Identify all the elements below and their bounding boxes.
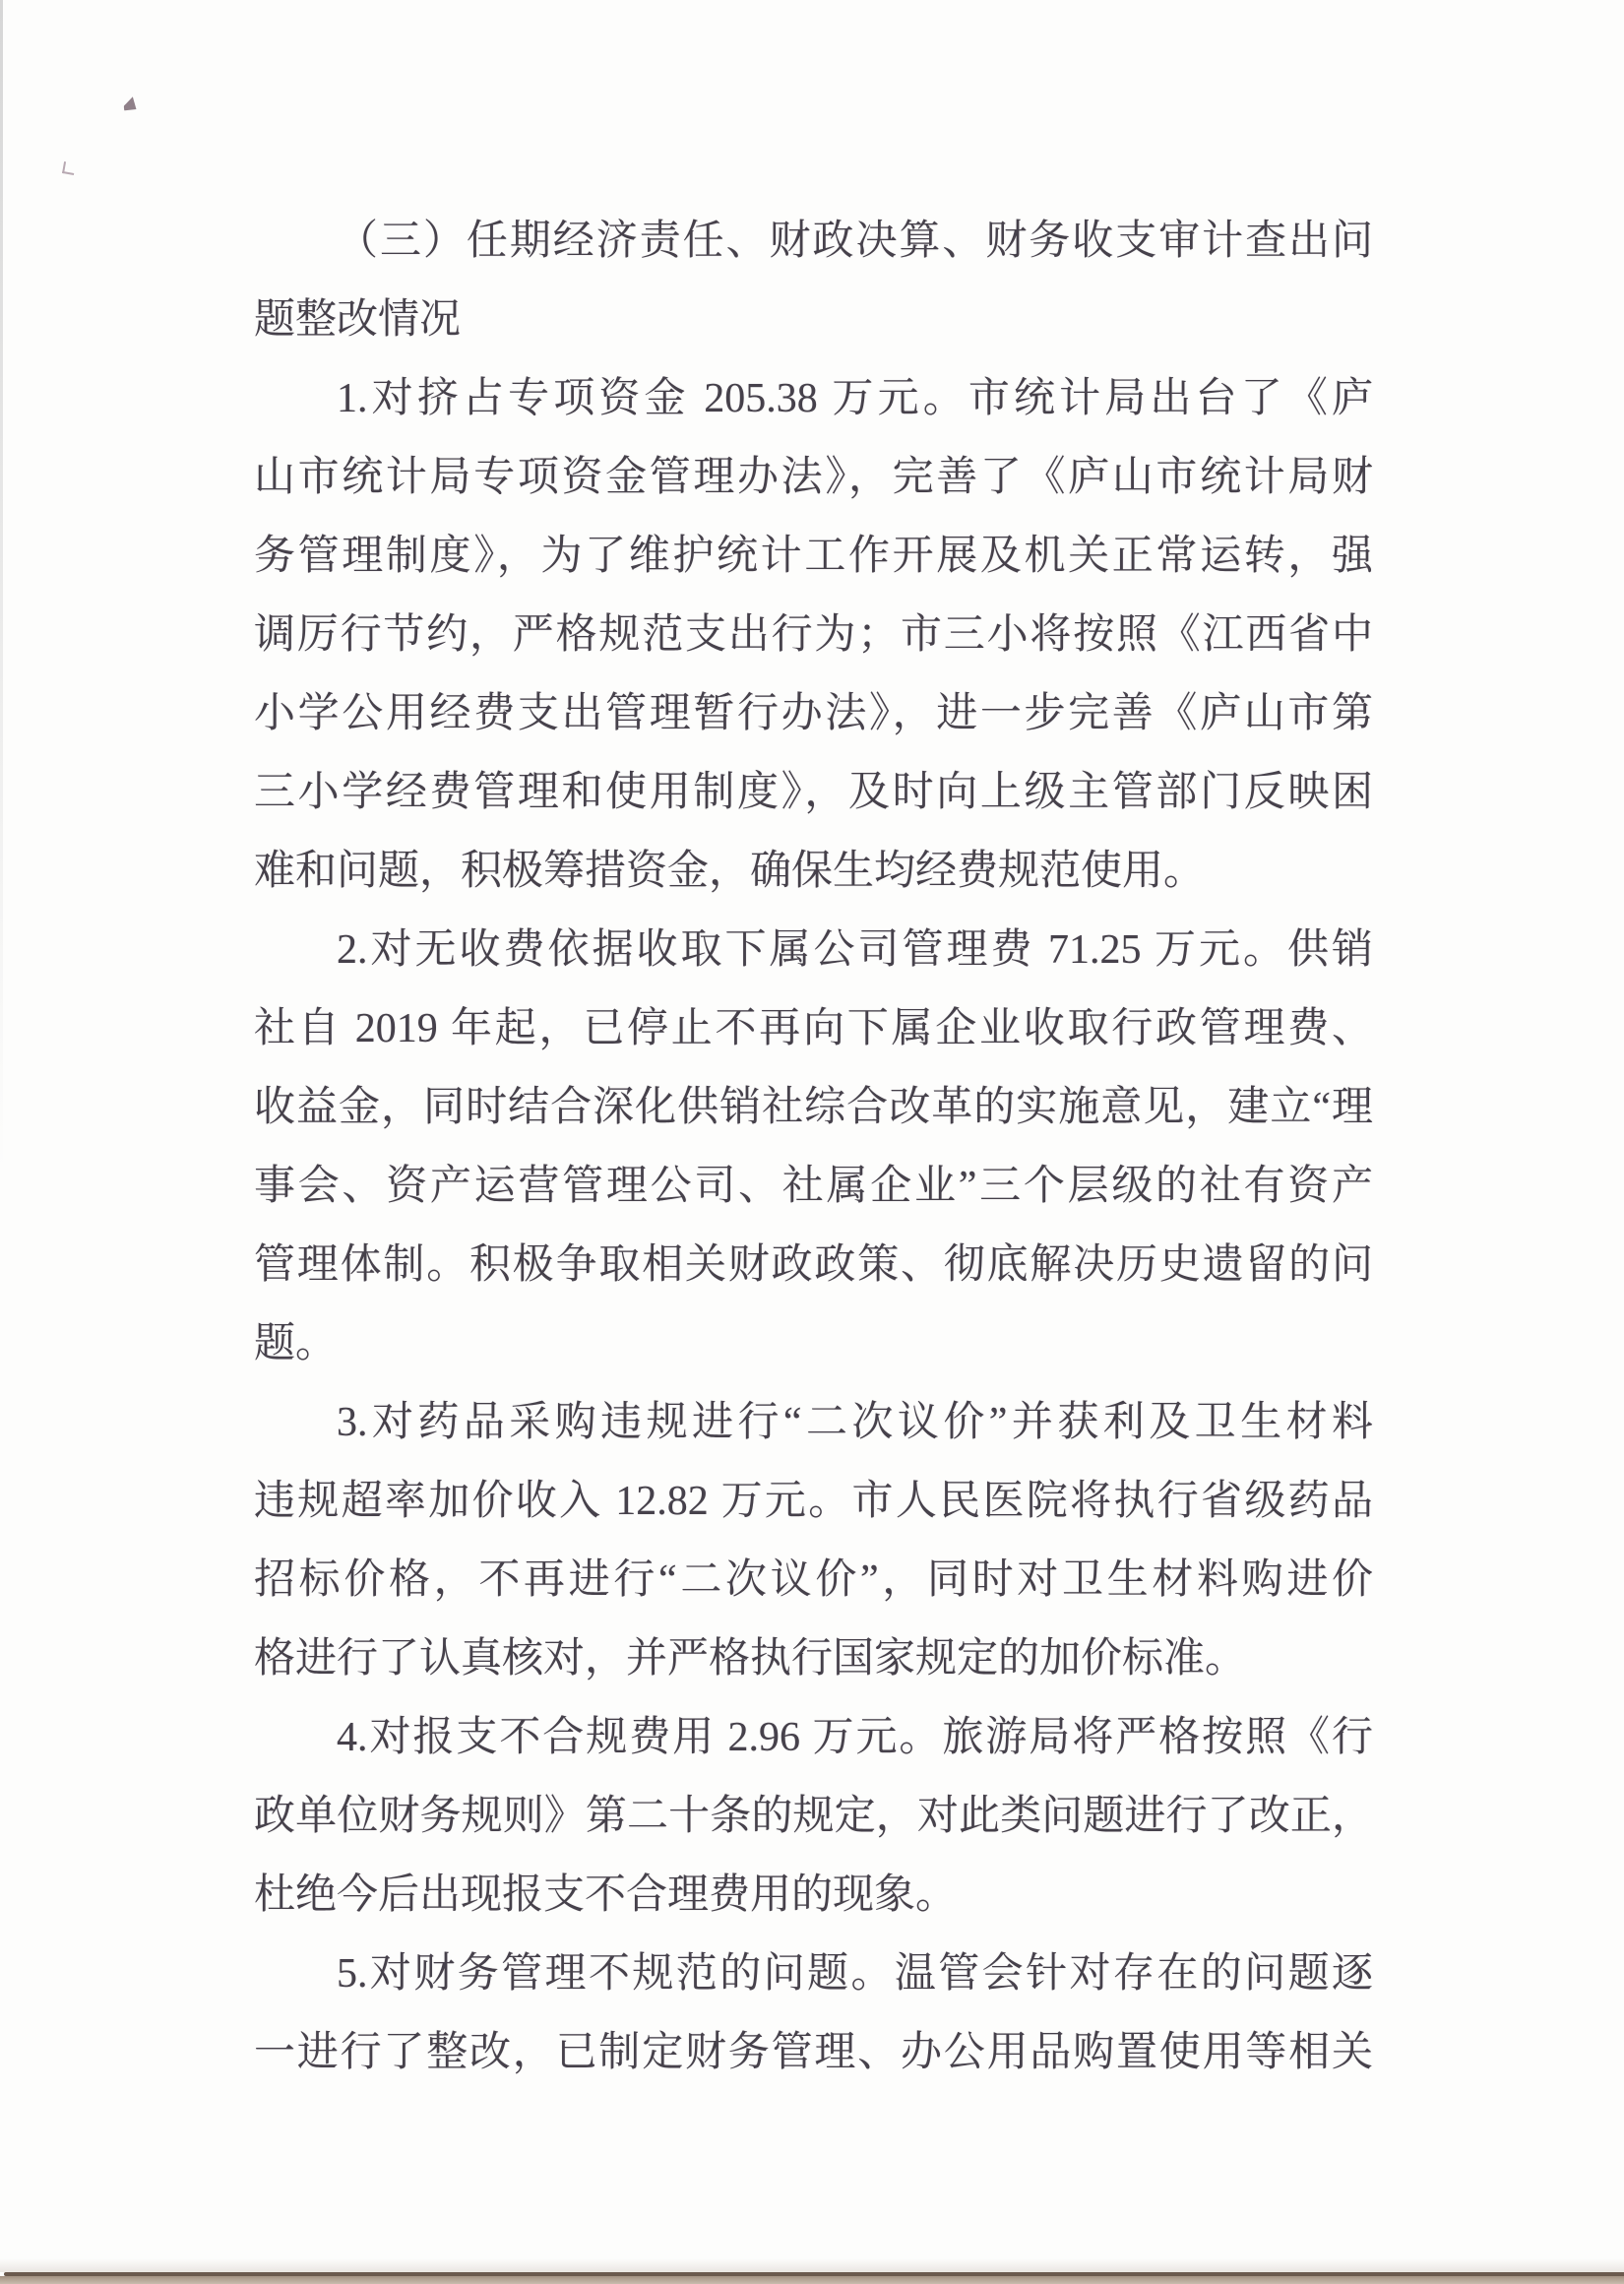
text-line: 一进行了整改，已制定财务管理、办公用品购置使用等相关 — [254, 2013, 1373, 2092]
text-line: 收益金，同时结合深化供销社综合改革的实施意见，建立“理 — [254, 1068, 1373, 1147]
scan-left-edge — [0, 0, 3, 1378]
text-line: 1.对挤占专项资金 205.38 万元。市统计局出台了《庐 — [254, 359, 1373, 438]
text-line: 山市统计局专项资金管理办法》，完善了《庐山市统计局财 — [254, 438, 1373, 517]
text-line: 政单位财务规则》第二十条的规定，对此类问题进行了改正， — [254, 1777, 1373, 1856]
text-line: 5.对财务管理不规范的问题。温管会针对存在的问题逐 — [254, 1935, 1373, 2013]
text-line: 题。 — [254, 1304, 1373, 1383]
text-line: 难和问题，积极筹措资金，确保生均经费规范使用。 — [254, 832, 1373, 911]
text-line: 三小学经费管理和使用制度》，及时向上级主管部门反映困 — [254, 753, 1373, 832]
text-line: 违规超率加价收入 12.82 万元。市人民医院将执行省级药品 — [254, 1462, 1373, 1541]
text-line: 务管理制度》，为了维护统计工作开展及机关正常运转，强 — [254, 517, 1373, 596]
text-line: 2.对无收费依据收取下属公司管理费 71.25 万元。供销 — [254, 911, 1373, 989]
text-line: 社自 2019 年起，已停止不再向下属企业收取行政管理费、 — [254, 989, 1373, 1068]
text-line: 小学公用经费支出管理暂行办法》，进一步完善《庐山市第 — [254, 674, 1373, 753]
text-line: 4.对报支不合规费用 2.96 万元。旅游局将严格按照《行 — [254, 1698, 1373, 1777]
text-line: 招标价格，不再进行“二次议价”，同时对卫生材料购进价 — [254, 1541, 1373, 1619]
text-line: 杜绝今后出现报支不合理费用的现象。 — [254, 1856, 1373, 1935]
scan-bottom-strip — [0, 2276, 1624, 2284]
scan-speck — [62, 161, 76, 175]
document-text-block: （三）任期经济责任、财政决算、财务收支审计查出问 题整改情况 1.对挤占专项资金… — [254, 202, 1373, 2092]
text-line: 3.对药品采购违规进行“二次议价”并获利及卫生材料 — [254, 1383, 1373, 1462]
text-line: 格进行了认真核对，并严格执行国家规定的加价标准。 — [254, 1619, 1373, 1698]
scan-speck — [123, 95, 137, 111]
section-heading-line: 题整改情况 — [254, 281, 1373, 359]
section-heading-line: （三）任期经济责任、财政决算、财务收支审计查出问 — [254, 202, 1373, 281]
text-line: 调厉行节约，严格规范支出行为；市三小将按照《江西省中 — [254, 596, 1373, 674]
text-line: 管理体制。积极争取相关财政政策、彻底解决历史遗留的问 — [254, 1226, 1373, 1304]
scan-bottom-shadow — [0, 2258, 1624, 2272]
document-page: （三）任期经济责任、财政决算、财务收支审计查出问 题整改情况 1.对挤占专项资金… — [0, 0, 1624, 2284]
text-line: 事会、资产运营管理公司、社属企业”三个层级的社有资产 — [254, 1147, 1373, 1226]
